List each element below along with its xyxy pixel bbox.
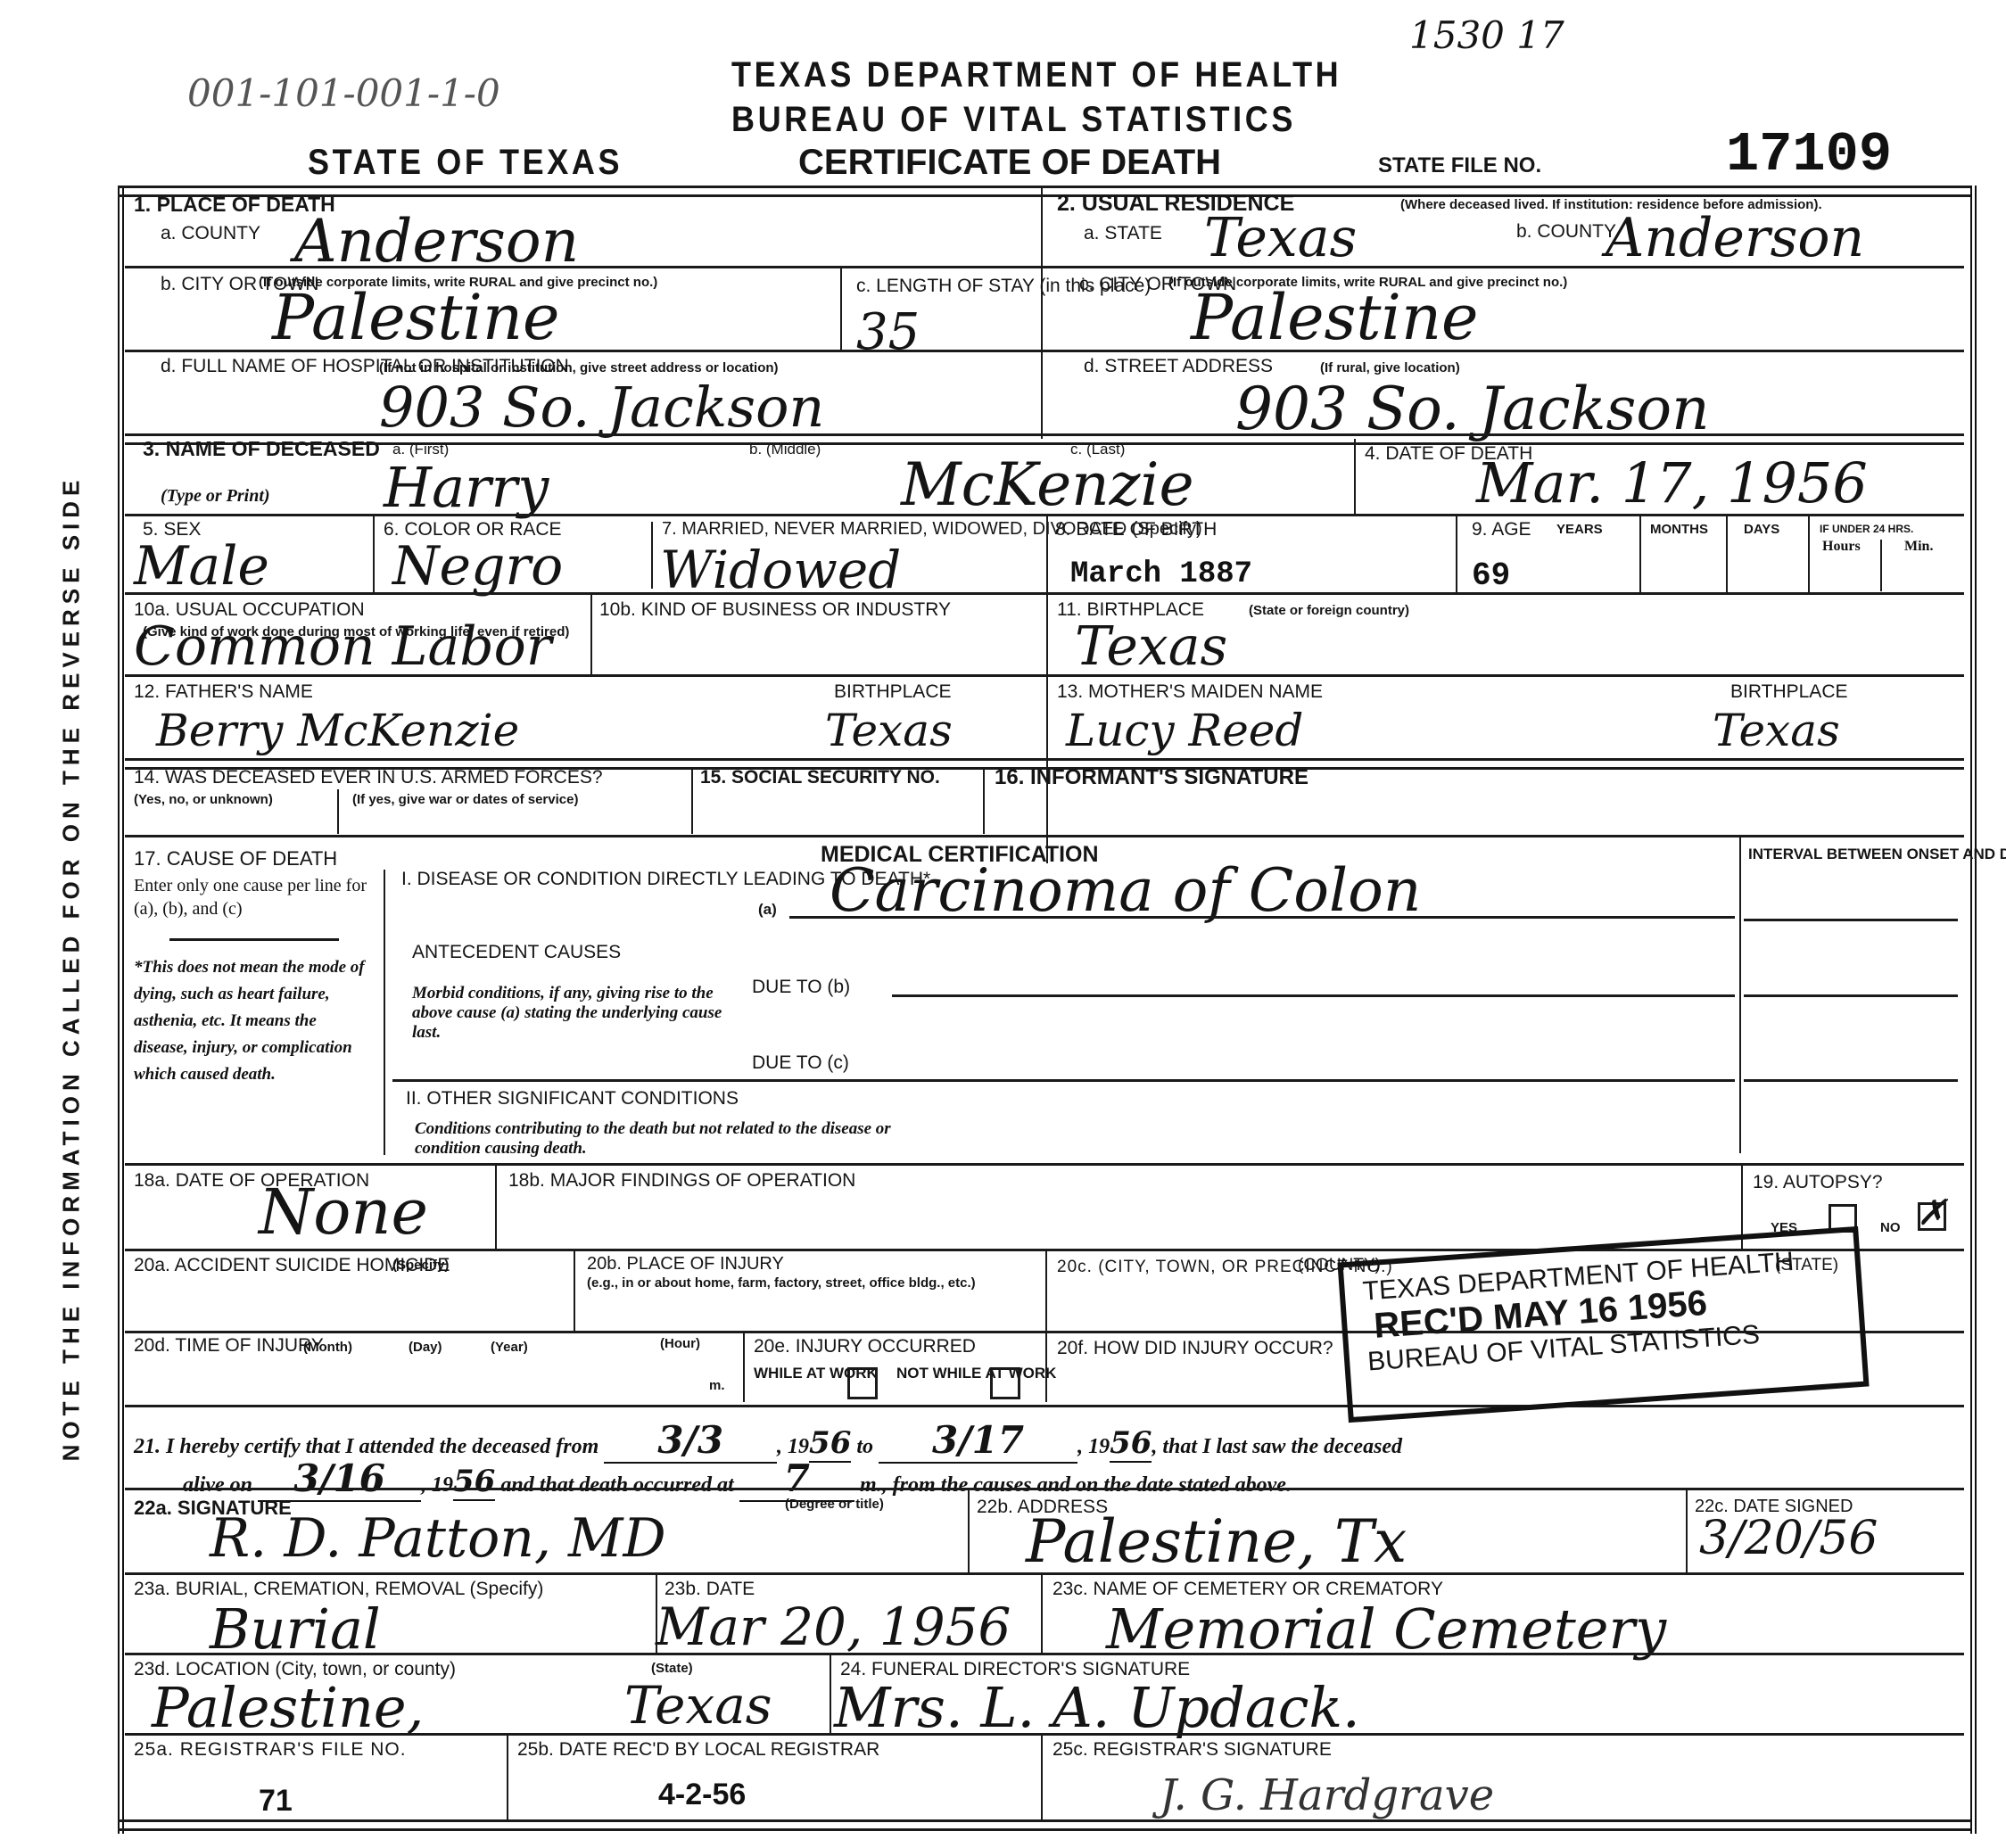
divider xyxy=(1726,516,1728,592)
divider xyxy=(1880,540,1882,591)
race-value: Negro xyxy=(392,535,563,598)
divider xyxy=(983,767,985,834)
divider xyxy=(495,1165,497,1250)
under-24-label: IF UNDER 24 HRS. xyxy=(1820,523,1913,535)
age-years-value: 69 xyxy=(1472,557,1510,594)
registrar-signature: J. G. Hardgrave xyxy=(1160,1770,1494,1820)
marital-label: 7. MARRIED, NEVER MARRIED, WIDOWED, DIVO… xyxy=(662,519,1045,539)
divider xyxy=(125,1653,1964,1655)
hours-label: Hours xyxy=(1822,539,1861,555)
armed-hint-2: (If yes, give war or dates of service) xyxy=(352,792,578,807)
operation-date-value: None xyxy=(259,1176,428,1249)
occupation-value: Common Labor xyxy=(134,615,552,678)
divider xyxy=(507,1735,508,1819)
how-injury-label: 20f. HOW DID INJURY OCCUR? xyxy=(1057,1338,1333,1359)
not-while-at-work-checkbox[interactable] xyxy=(990,1367,1020,1399)
res-city-value: Palestine xyxy=(1191,281,1478,354)
divider xyxy=(125,266,1041,268)
divider xyxy=(1041,266,1964,268)
res-street-label: d. STREET ADDRESS xyxy=(1084,357,1173,376)
divider xyxy=(968,1489,970,1572)
state-file-number: 17109 xyxy=(1726,123,1892,186)
min-label: Min. xyxy=(1904,539,1933,555)
divider xyxy=(1808,516,1810,592)
stay-label: c. LENGTH OF STAY (in this place) xyxy=(856,276,1035,296)
age-months-label: MONTHS xyxy=(1650,522,1708,537)
location-state-value: Texas xyxy=(624,1675,772,1736)
interval-label: INTERVAL BETWEEN ONSET AND DEATH xyxy=(1748,846,1962,863)
mother-birthplace-label: BIRTHPLACE xyxy=(1730,681,1848,703)
divider xyxy=(337,789,339,834)
divider xyxy=(1046,516,1048,863)
res-state-value: Texas xyxy=(1204,207,1357,269)
cause-label: 17. CAUSE OF DEATH xyxy=(134,847,337,870)
year-label: (Year) xyxy=(491,1340,528,1355)
age-years-label: YEARS xyxy=(1556,522,1603,537)
first-name-value: Harry xyxy=(384,455,549,520)
antecedent-hint: Morbid conditions, if any, giving rise t… xyxy=(412,984,751,1043)
divider xyxy=(125,1488,1964,1490)
cause-instruction: Enter only one cause per line for (a), (… xyxy=(134,874,375,920)
divider xyxy=(125,592,1964,595)
reverse-side-note: NOTE THE INFORMATION CALLED FOR ON THE R… xyxy=(58,433,86,1504)
middle-name-label: b. (Middle) xyxy=(749,441,821,458)
marital-value: Widowed xyxy=(660,540,901,600)
last-name-value: McKenzie xyxy=(901,450,1194,519)
divider xyxy=(1041,1735,1043,1819)
location-state-label: (State) xyxy=(651,1661,693,1676)
divider xyxy=(125,1733,1964,1736)
divider xyxy=(125,1405,1964,1407)
not-while-at-work-label: NOT WHILE AT WORK xyxy=(896,1365,986,1382)
registrar-file-value: 71 xyxy=(259,1784,293,1819)
father-birthplace-label: BIRTHPLACE xyxy=(834,681,952,703)
certify-line-2: alive on 3/16, 1956 and that death occur… xyxy=(183,1456,1292,1500)
business-label: 10b. KIND OF BUSINESS OR INDUSTRY xyxy=(599,599,951,621)
divider xyxy=(840,268,842,350)
physician-address: Palestine, Tx xyxy=(1026,1507,1407,1576)
divider xyxy=(1744,994,1958,997)
burial-date-value: Mar 20, 1956 xyxy=(656,1596,1011,1657)
age-label: 9. AGE xyxy=(1472,519,1531,540)
res-county-value: Anderson xyxy=(1606,207,1864,269)
cause-a-value: Carcinoma of Colon xyxy=(830,856,1421,925)
cause-note: *This does not mean the mode of dying, s… xyxy=(134,954,375,1088)
stay-value: 35 xyxy=(856,303,920,361)
father-birthplace-value: Texas xyxy=(825,705,953,756)
while-at-work-checkbox[interactable] xyxy=(847,1367,878,1399)
dob-value: March 1887 xyxy=(1070,557,1252,591)
divider xyxy=(1744,1079,1958,1082)
armed-forces-label: 14. WAS DECEASED EVER IN U.S. ARMED FORC… xyxy=(134,767,603,788)
certificate-title: CERTIFICATE OF DEATH xyxy=(798,143,1221,183)
armed-hint-1: (Yes, no, or unknown) xyxy=(134,792,273,807)
state-title: STATE OF TEXAS xyxy=(308,143,623,183)
certify-line-1: 21. I hereby certify that I attended the… xyxy=(134,1418,1402,1462)
sex-value: Male xyxy=(134,535,269,598)
state-file-label: STATE FILE NO. xyxy=(1378,153,1541,178)
death-city-value: Palestine xyxy=(272,281,559,354)
time-of-injury-label: 20d. TIME OF INJURY xyxy=(134,1336,232,1356)
birthplace-value: Texas xyxy=(1075,615,1227,678)
while-at-work-label: WHILE AT WORK xyxy=(754,1365,834,1382)
registrar-signature-label: 25c. REGISTRAR'S SIGNATURE xyxy=(1053,1739,1332,1761)
checkmark-icon: ✗ xyxy=(1917,1192,1947,1233)
divider xyxy=(691,767,693,834)
divider xyxy=(118,1819,1970,1831)
divider xyxy=(1686,1489,1688,1572)
divider xyxy=(1041,1574,1043,1653)
divider xyxy=(1744,919,1958,921)
birthplace-hint: (State or foreign country) xyxy=(1249,603,1409,618)
divider xyxy=(1456,516,1457,592)
age-days-label: DAYS xyxy=(1744,522,1779,537)
divider xyxy=(373,516,375,592)
divider xyxy=(1041,187,1043,439)
city-label: b. CITY OR TOWN xyxy=(161,275,232,294)
divider xyxy=(1041,350,1964,352)
due-c-line xyxy=(392,1079,1735,1082)
mother-value: Lucy Reed xyxy=(1066,705,1303,756)
part1-label: I. DISEASE OR CONDITION DIRECTLY LEADING… xyxy=(401,870,803,889)
registrar-file-label: 25a. REGISTRAR'S FILE NO. xyxy=(134,1739,407,1761)
date-of-death-value: Mar. 17, 1956 xyxy=(1476,450,1868,516)
registrar-date-value: 4-2-56 xyxy=(658,1778,746,1812)
death-time-value: 7 xyxy=(739,1456,854,1502)
ssn-label: 15. SOCIAL SECURITY NO. xyxy=(700,767,940,788)
findings-label: 18b. MAJOR FINDINGS OF OPERATION xyxy=(508,1170,855,1192)
divider xyxy=(125,1163,1964,1166)
month-label: (Month) xyxy=(303,1340,352,1355)
day-label: (Day) xyxy=(409,1340,442,1355)
autopsy-no-label: NO xyxy=(1880,1220,1901,1235)
mother-label: 13. MOTHER'S MAIDEN NAME xyxy=(1057,681,1323,703)
alive-on-value: 3/16 xyxy=(258,1456,421,1502)
hour-label: (Hour) xyxy=(660,1336,700,1351)
place-of-injury-label: 20b. PLACE OF INJURY xyxy=(587,1254,784,1275)
accident-label: 20a. ACCIDENT SUICIDE HOMICIDE xyxy=(134,1256,321,1275)
part2-hint: Conditions contributing to the death but… xyxy=(415,1119,914,1159)
divider xyxy=(125,1572,1964,1575)
hospital-hint: (If not in hospital or institution, give… xyxy=(379,360,779,375)
divider xyxy=(651,522,653,589)
due-c-label: DUE TO (c) xyxy=(752,1052,849,1074)
cause-a-line xyxy=(789,916,1735,919)
physician-signature: R. D. Patton, MD xyxy=(210,1507,666,1570)
divider xyxy=(125,514,1964,516)
divider xyxy=(830,1654,831,1733)
divider xyxy=(590,594,592,674)
autopsy-label: 19. AUTOPSY? xyxy=(1753,1172,1883,1193)
autopsy-no-checkbox[interactable]: ✗ xyxy=(1918,1202,1946,1231)
divider xyxy=(743,1332,745,1402)
name-label: 3. NAME OF DECEASED xyxy=(143,439,321,458)
hospital-value: 903 So. Jackson xyxy=(379,375,824,440)
father-label: 12. FATHER'S NAME xyxy=(134,681,313,703)
degree-label: (Degree or title) xyxy=(785,1497,884,1512)
divider xyxy=(1639,516,1641,592)
date-signed-value: 3/20/56 xyxy=(1699,1512,1878,1565)
part2-label: II. OTHER SIGNIFICANT CONDITIONS xyxy=(406,1088,739,1110)
res-county-label: b. COUNTY xyxy=(1516,221,1616,243)
res-street-hint: (If rural, give location) xyxy=(1320,360,1460,375)
divider xyxy=(169,938,339,941)
divider xyxy=(574,1250,575,1331)
place-of-injury-hint: (e.g., in or about home, farm, factory, … xyxy=(587,1275,962,1291)
location-value: Palestine, xyxy=(152,1675,424,1740)
m-label: m. xyxy=(709,1378,725,1393)
hospital-label: d. FULL NAME OF HOSPITAL OR INSTITUTION xyxy=(161,357,366,376)
res-city-label: c. CITY OR TOWN xyxy=(1079,275,1142,294)
mother-birthplace-value: Texas xyxy=(1713,705,1840,756)
name-sub: (Type or Print) xyxy=(161,486,270,507)
accident-specify: (Specify) xyxy=(392,1258,449,1273)
file-code-handwritten: 001-101-001-1-0 xyxy=(187,71,500,115)
divider xyxy=(1354,439,1356,514)
divider xyxy=(125,674,1964,677)
res-state-label: a. STATE xyxy=(1084,223,1162,244)
antecedent-label: ANTECEDENT CAUSES xyxy=(412,942,621,963)
injury-occurred-label: 20e. INJURY OCCURRED xyxy=(754,1336,976,1357)
dob-label: 8. DATE OF BIRTH xyxy=(1055,519,1217,540)
alive-on-year: 56 xyxy=(453,1464,495,1501)
bureau-name: BUREAU OF VITAL STATISTICS xyxy=(731,100,1296,140)
divider xyxy=(1739,837,1741,1153)
father-value: Berry McKenzie xyxy=(156,705,519,756)
dept-name: TEXAS DEPARTMENT OF HEALTH xyxy=(731,55,1341,95)
funeral-director-signature: Mrs. L. A. Updack. xyxy=(834,1675,1360,1740)
registrar-date-label: 25b. DATE REC'D BY LOCAL REGISTRAR xyxy=(517,1739,879,1761)
top-handwritten-number: 1530 17 xyxy=(1409,13,1564,57)
informant-label: 16. INFORMANT'S SIGNATURE xyxy=(995,765,1308,790)
divider xyxy=(125,350,1041,352)
divider xyxy=(125,835,1964,837)
due-b-label: DUE TO (b) xyxy=(752,977,850,998)
line-a-label: (a) xyxy=(758,901,777,919)
date-of-death-label: 4. DATE OF DEATH xyxy=(1365,444,1454,464)
due-b-line xyxy=(892,994,1735,997)
divider xyxy=(384,870,385,1155)
county-label: a. COUNTY xyxy=(161,223,260,244)
